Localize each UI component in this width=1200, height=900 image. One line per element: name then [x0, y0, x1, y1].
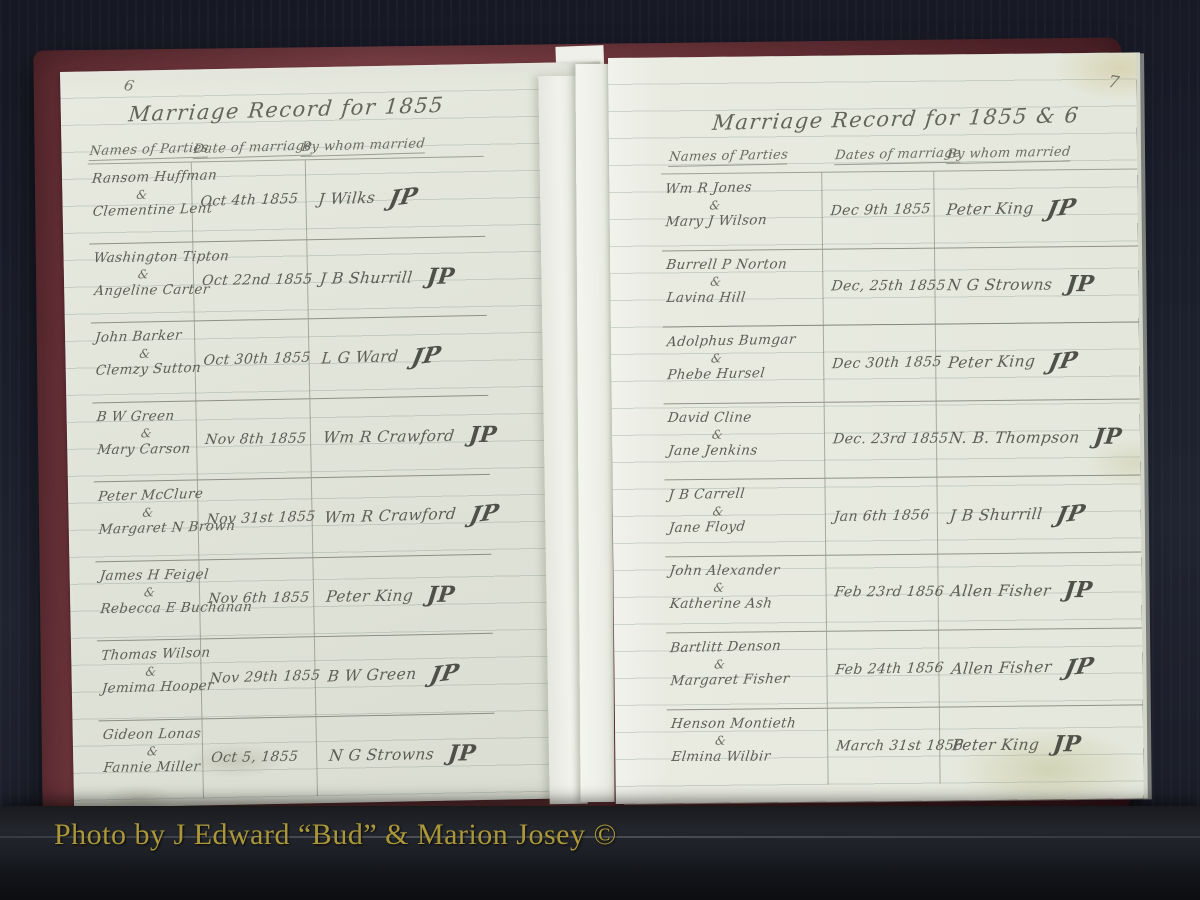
column-header-names: Names of Parties	[668, 147, 789, 167]
names-cell: Henson Montieth&Elmina Wilbir	[667, 708, 829, 786]
names-cell: J B Carrell&Jane Floyd	[664, 479, 826, 556]
date-cell: Oct 5, 1855	[202, 717, 318, 799]
party-two-name: Rebecca E Buchanan	[99, 598, 198, 618]
jp-flourish: JP	[1053, 499, 1087, 528]
date-cell: Feb 23rd 1856	[826, 554, 939, 631]
party-two-name: Elmina Wilbir	[670, 747, 826, 767]
jp-flourish: JP	[1052, 731, 1083, 757]
marriage-date: Dec 30th 1855	[831, 354, 942, 372]
officiant-cell: Allen FisherJP	[939, 628, 1143, 706]
party-one-name: Peter McClure	[97, 485, 196, 507]
party-two-name: Jemima Hooper	[101, 677, 200, 699]
date-cell: Dec 9th 1855	[822, 172, 935, 249]
record-row: Ransom Huffman&Clementine LentOct 4th 18…	[88, 157, 485, 244]
record-row: Wm R Jones&Mary J WilsonDec 9th 1855Pete…	[661, 169, 1138, 250]
jp-flourish: JP	[426, 581, 457, 607]
officiant-name: Peter King	[325, 586, 414, 605]
record-row: Gideon Lonas&Fannie MillerOct 5, 1855N G…	[98, 713, 495, 800]
party-two-name: Jane Jenkins	[667, 441, 823, 461]
record-row: Bartlitt Denson&Margaret FisherFeb 24th …	[666, 628, 1143, 709]
record-row: James H Feigel&Rebecca E BuchananNov 6th…	[95, 554, 492, 641]
marriage-date: Feb 24th 1856	[835, 660, 945, 678]
marriage-date: Dec. 23rd 1855	[832, 431, 949, 448]
names-cell: Wm R Jones&Mary J Wilson	[661, 173, 823, 250]
date-cell: Nov 8th 1855	[196, 399, 311, 480]
column-header-officiant: By whom married	[301, 136, 426, 157]
party-two-name: Margaret Fisher	[669, 669, 825, 691]
jp-flourish: JP	[425, 263, 456, 289]
officiant-name: J B Shurrill	[949, 505, 1043, 525]
jp-flourish: JP	[1065, 271, 1096, 297]
officiant-cell: J B ShurrillJP	[307, 236, 486, 318]
party-two-name: Phebe Hursel	[666, 363, 822, 385]
party-two-name: Angeline Carter	[93, 280, 192, 300]
date-cell: Oct 4th 1855	[192, 160, 307, 241]
date-cell: Oct 22nd 1855	[193, 240, 308, 321]
date-cell: Dec. 23rd 1855	[825, 401, 938, 478]
left-page: 6 Marriage Record for 1855 Names of Part…	[60, 62, 614, 808]
record-row: John Barker&Clemzy SuttonOct 30th 1855L …	[91, 316, 488, 403]
party-one-name: Thomas Wilson	[100, 644, 199, 666]
party-two-name: Margaret N Brown	[98, 518, 197, 540]
party-one-name: John Barker	[94, 326, 193, 348]
record-row: Henson Montieth&Elmina WilbirMarch 31st …	[667, 705, 1144, 786]
party-one-name: David Cline	[667, 408, 823, 428]
date-cell: March 31st 1856	[828, 707, 941, 785]
names-cell: Peter McClure&Margaret N Brown	[94, 480, 199, 560]
marriage-date: Jan 6th 1856	[833, 507, 931, 525]
date-cell: Oct 30th 1855	[195, 319, 310, 400]
record-row: Adolphus Bumgar&Phebe HurselDec 30th 185…	[663, 322, 1140, 403]
officiant-name: L G Ward	[321, 347, 400, 367]
officiant-cell: Peter KingJP	[940, 705, 1144, 784]
photo-stage: 6 Marriage Record for 1855 Names of Part…	[0, 0, 1200, 900]
marriage-date: Oct 22nd 1855	[201, 271, 313, 289]
record-row: Peter McClure&Margaret N BrownNov 31st 1…	[94, 475, 491, 562]
party-one-name: Gideon Lonas	[102, 724, 201, 744]
marriage-date: Dec 9th 1855	[830, 201, 932, 219]
ampersand-mark: &	[137, 266, 191, 281]
date-cell: Jan 6th 1856	[825, 478, 938, 555]
marriage-date: Oct 30th 1855	[203, 350, 312, 369]
jp-flourish: JP	[409, 342, 443, 371]
ampersand-mark: &	[146, 743, 200, 758]
names-cell: Thomas Wilson&Jemima Hooper	[97, 639, 202, 719]
marriage-date: Oct 5, 1855	[210, 749, 299, 766]
record-row: B W Green&Mary CarsonNov 8th 1855Wm R Cr…	[92, 395, 489, 482]
officiant-cell: Peter KingJP	[313, 554, 492, 636]
names-cell: James H Feigel&Rebecca E Buchanan	[95, 560, 200, 640]
ampersand-mark: &	[711, 427, 823, 442]
party-one-name: Henson Montieth	[670, 714, 826, 734]
officiant-cell: Wm R CrawfordJP	[310, 395, 497, 477]
date-cell: Nov 31st 1855	[198, 478, 313, 559]
officiant-name: N G Strowns	[328, 745, 435, 765]
party-one-name: Burrell P Norton	[665, 255, 821, 275]
officiant-name: B W Green	[327, 665, 418, 686]
date-cell: Feb 24th 1856	[827, 631, 940, 708]
right-page-title: Marriage Record for 1855 & 6	[711, 103, 1081, 135]
party-one-name: Ransom Huffman	[91, 167, 190, 189]
ampersand-mark: &	[143, 584, 197, 599]
party-two-name: Mary Carson	[96, 439, 195, 459]
officiant-cell: B W GreenJP	[315, 634, 494, 716]
officiant-cell: N G StrownsJP	[935, 246, 1139, 324]
jp-flourish: JP	[467, 421, 498, 447]
officiant-cell: Allen FisherJP	[938, 552, 1142, 630]
officiant-name: Peter King	[947, 352, 1036, 372]
date-cell: Nov 29th 1855	[201, 637, 316, 718]
officiant-name: Allen Fisher	[950, 582, 1052, 601]
ampersand-mark: &	[713, 580, 825, 595]
ampersand-mark: &	[140, 425, 194, 440]
ampersand-mark: &	[710, 274, 822, 289]
jp-flourish: JP	[1045, 193, 1079, 222]
officiant-cell: Peter KingJP	[934, 169, 1138, 247]
party-two-name: Katherine Ash	[669, 594, 825, 614]
left-record-grid: Ransom Huffman&Clementine LentOct 4th 18…	[88, 156, 496, 799]
names-cell: John Barker&Clemzy Sutton	[91, 321, 196, 401]
officiant-name: Peter King	[951, 735, 1040, 753]
officiant-name: J Wilks	[318, 189, 377, 209]
party-one-name: B W Green	[96, 406, 195, 426]
names-cell: Ransom Huffman&Clementine Lent	[88, 162, 193, 242]
right-record-grid: Wm R Jones&Mary J WilsonDec 9th 1855Pete…	[661, 168, 1143, 785]
ampersand-mark: &	[714, 733, 826, 748]
marriage-date: Nov 6th 1855	[207, 589, 310, 606]
marriage-date: Oct 4th 1855	[200, 191, 299, 210]
officiant-cell: J WilksJP	[306, 157, 485, 239]
party-two-name: Lavina Hill	[665, 288, 821, 308]
party-two-name: Fannie Miller	[102, 757, 201, 777]
officiant-name: Wm R Crawford	[322, 427, 455, 447]
officiant-name: Wm R Crawford	[324, 505, 457, 527]
names-cell: Washington Tipton&Angeline Carter	[89, 242, 194, 322]
jp-flourish: JP	[1063, 577, 1094, 603]
officiant-name: N. B. Thompson	[948, 429, 1081, 448]
marriage-date: Dec, 25th 1855	[831, 278, 947, 295]
right-page: 7 Marriage Record for 1855 & 6 Names of …	[608, 52, 1144, 803]
officiant-name: J B Shurrill	[319, 268, 413, 287]
marriage-date: Nov 8th 1855	[204, 430, 307, 447]
jp-flourish: JP	[1046, 346, 1080, 375]
names-cell: Gideon Lonas&Fannie Miller	[98, 719, 204, 800]
party-one-name: James H Feigel	[99, 565, 198, 585]
record-row: Washington Tipton&Angeline CarterOct 22n…	[89, 236, 486, 323]
officiant-cell: Wm R CrawfordJP	[312, 475, 499, 557]
photo-credit: Photo by J Edward “Bud” & Marion Josey ©	[54, 818, 617, 852]
column-header-date: Date of marriage	[193, 139, 314, 160]
names-cell: John Alexander&Katherine Ash	[665, 555, 827, 632]
names-cell: Burrell P Norton&Lavina Hill	[662, 249, 824, 326]
left-page-title: Marriage Record for 1855	[128, 93, 446, 126]
party-two-name: Mary J Wilson	[665, 210, 821, 232]
date-cell: Nov 6th 1855	[199, 558, 314, 639]
left-page-mark: 6	[122, 76, 136, 96]
jp-flourish: JP	[447, 740, 478, 766]
marriage-date: Nov 31st 1855	[206, 509, 317, 528]
officiant-cell: N G StrownsJP	[316, 713, 495, 796]
party-one-name: John Alexander	[668, 561, 824, 581]
marriage-date: Nov 29th 1855	[209, 668, 321, 687]
party-two-name: Jane Floyd	[668, 516, 824, 538]
record-row: Thomas Wilson&Jemima HooperNov 29th 1855…	[97, 634, 494, 721]
record-row: J B Carrell&Jane FloydJan 6th 1856J B Sh…	[664, 475, 1141, 556]
names-cell: David Cline&Jane Jenkins	[664, 402, 826, 479]
party-two-name: Clementine Lent	[92, 200, 191, 222]
officiant-name: Allen Fisher	[950, 658, 1052, 678]
jp-flourish: JP	[428, 659, 462, 688]
marriage-date: Feb 23rd 1856	[834, 584, 945, 601]
date-cell: Dec 30th 1855	[824, 325, 937, 402]
names-cell: B W Green&Mary Carson	[92, 401, 197, 481]
record-row: John Alexander&Katherine AshFeb 23rd 185…	[665, 552, 1142, 633]
officiant-cell: N. B. ThompsonJP	[937, 399, 1141, 477]
record-row: Burrell P Norton&Lavina HillDec, 25th 18…	[662, 246, 1139, 327]
party-two-name: Clemzy Sutton	[95, 359, 194, 381]
officiant-name: N G Strowns	[946, 276, 1053, 295]
column-header-names: Names of Parties	[89, 141, 210, 162]
names-cell: Bartlitt Denson&Margaret Fisher	[666, 632, 828, 709]
jp-flourish: JP	[1063, 652, 1097, 681]
jp-flourish: JP	[1092, 424, 1123, 450]
date-cell: Dec, 25th 1855	[823, 248, 936, 325]
right-page-mark: 7	[1107, 72, 1121, 94]
jp-flourish: JP	[467, 499, 501, 528]
jp-flourish: JP	[386, 183, 420, 212]
column-header-officiant: By whom married	[946, 145, 1071, 165]
officiant-cell: Peter KingJP	[936, 322, 1140, 400]
table-surface: Photo by J Edward “Bud” & Marion Josey ©	[0, 806, 1200, 900]
column-header-date: Dates of marriage	[834, 146, 962, 166]
officiant-name: Peter King	[946, 199, 1035, 219]
names-cell: Adolphus Bumgar&Phebe Hursel	[663, 326, 825, 403]
officiant-cell: J B ShurrillJP	[937, 475, 1141, 553]
record-row: David Cline&Jane JenkinsDec. 23rd 1855N.…	[664, 399, 1141, 480]
party-one-name: Washington Tipton	[93, 247, 192, 267]
officiant-cell: L G WardJP	[309, 316, 488, 398]
